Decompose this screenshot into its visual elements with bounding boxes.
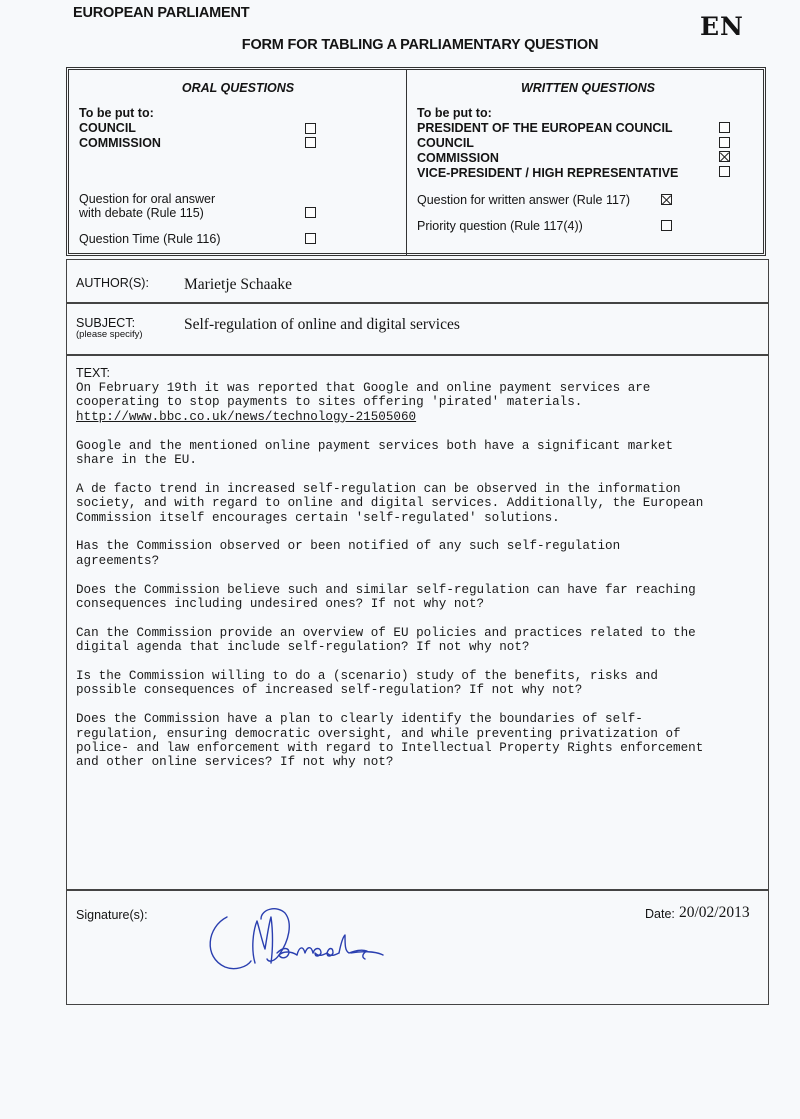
oral-recipient-council-label: COUNCIL [79, 121, 136, 136]
written-recipient-vp-hr-label: VICE-PRESIDENT / HIGH REPRESENTATIVE [417, 166, 678, 181]
written-recipient-council-label: COUNCIL [417, 136, 474, 151]
oral-debate-label-line1: Question for oral answer [79, 192, 215, 207]
author-value[interactable]: Marietje Schaake [184, 276, 292, 294]
written-answer-label: Question for written answer (Rule 117) [417, 193, 630, 208]
handwritten-signature [205, 905, 390, 975]
text-paragraph: On February 19th it was reported that Go… [76, 381, 650, 424]
text-paragraph: Has the Commission observed or been noti… [76, 539, 620, 568]
oral-questions-title: ORAL QUESTIONS [70, 81, 406, 95]
oral-recipient-council-checkbox[interactable] [305, 123, 316, 134]
text-paragraph: A de facto trend in increased self-regul… [76, 482, 703, 525]
text-label: TEXT: [76, 366, 110, 380]
organization-name: EUROPEAN PARLIAMENT [73, 5, 249, 21]
subject-text-divider [66, 354, 769, 356]
question-time-label: Question Time (Rule 116) [79, 232, 221, 247]
oral-to-be-put-to-label: To be put to: [79, 106, 154, 121]
text-paragraph: Is the Commission willing to do a (scena… [76, 669, 658, 698]
text-paragraph: Does the Commission believe such and sim… [76, 583, 696, 612]
priority-question-checkbox[interactable] [661, 220, 672, 231]
text-signature-divider [66, 889, 769, 891]
date-value: 20/02/2013 [679, 904, 750, 922]
written-recipient-president-label: PRESIDENT OF THE EUROPEAN COUNCIL [417, 121, 673, 136]
written-recipient-council-checkbox[interactable] [719, 137, 730, 148]
source-link[interactable]: http://www.bbc.co.uk/news/technology-215… [76, 410, 416, 424]
written-recipient-vp-hr-checkbox[interactable] [719, 166, 730, 177]
written-recipient-commission-label: COMMISSION [417, 151, 499, 166]
author-label: AUTHOR(S): [76, 276, 149, 290]
date-label: Date: [645, 907, 675, 921]
column-divider [406, 70, 407, 256]
subject-value[interactable]: Self-regulation of online and digital se… [184, 316, 460, 334]
written-recipient-president-checkbox[interactable] [719, 122, 730, 133]
text-paragraph: Google and the mentioned online payment … [76, 439, 673, 468]
text-paragraph: Does the Commission have a plan to clear… [76, 712, 703, 770]
oral-recipient-commission-label: COMMISSION [79, 136, 161, 151]
written-to-be-put-to-label: To be put to: [417, 106, 492, 121]
oral-debate-label-line2: with debate (Rule 115) [79, 206, 204, 221]
priority-question-label: Priority question (Rule 117(4)) [417, 219, 583, 234]
oral-recipient-commission-checkbox[interactable] [305, 137, 316, 148]
subject-label: SUBJECT: [76, 316, 135, 330]
written-answer-checkbox[interactable] [661, 194, 672, 205]
author-subject-divider [66, 302, 769, 304]
written-recipient-commission-checkbox[interactable] [719, 151, 730, 162]
subject-sublabel: (please specify) [76, 329, 143, 340]
form-title: FORM FOR TABLING A PARLIAMENTARY QUESTIO… [0, 37, 800, 53]
written-questions-title: WRITTEN QUESTIONS [407, 81, 769, 95]
oral-debate-checkbox[interactable] [305, 207, 316, 218]
text-paragraph: Can the Commission provide an overview o… [76, 626, 696, 655]
signature-label: Signature(s): [76, 908, 148, 922]
question-time-checkbox[interactable] [305, 233, 316, 244]
